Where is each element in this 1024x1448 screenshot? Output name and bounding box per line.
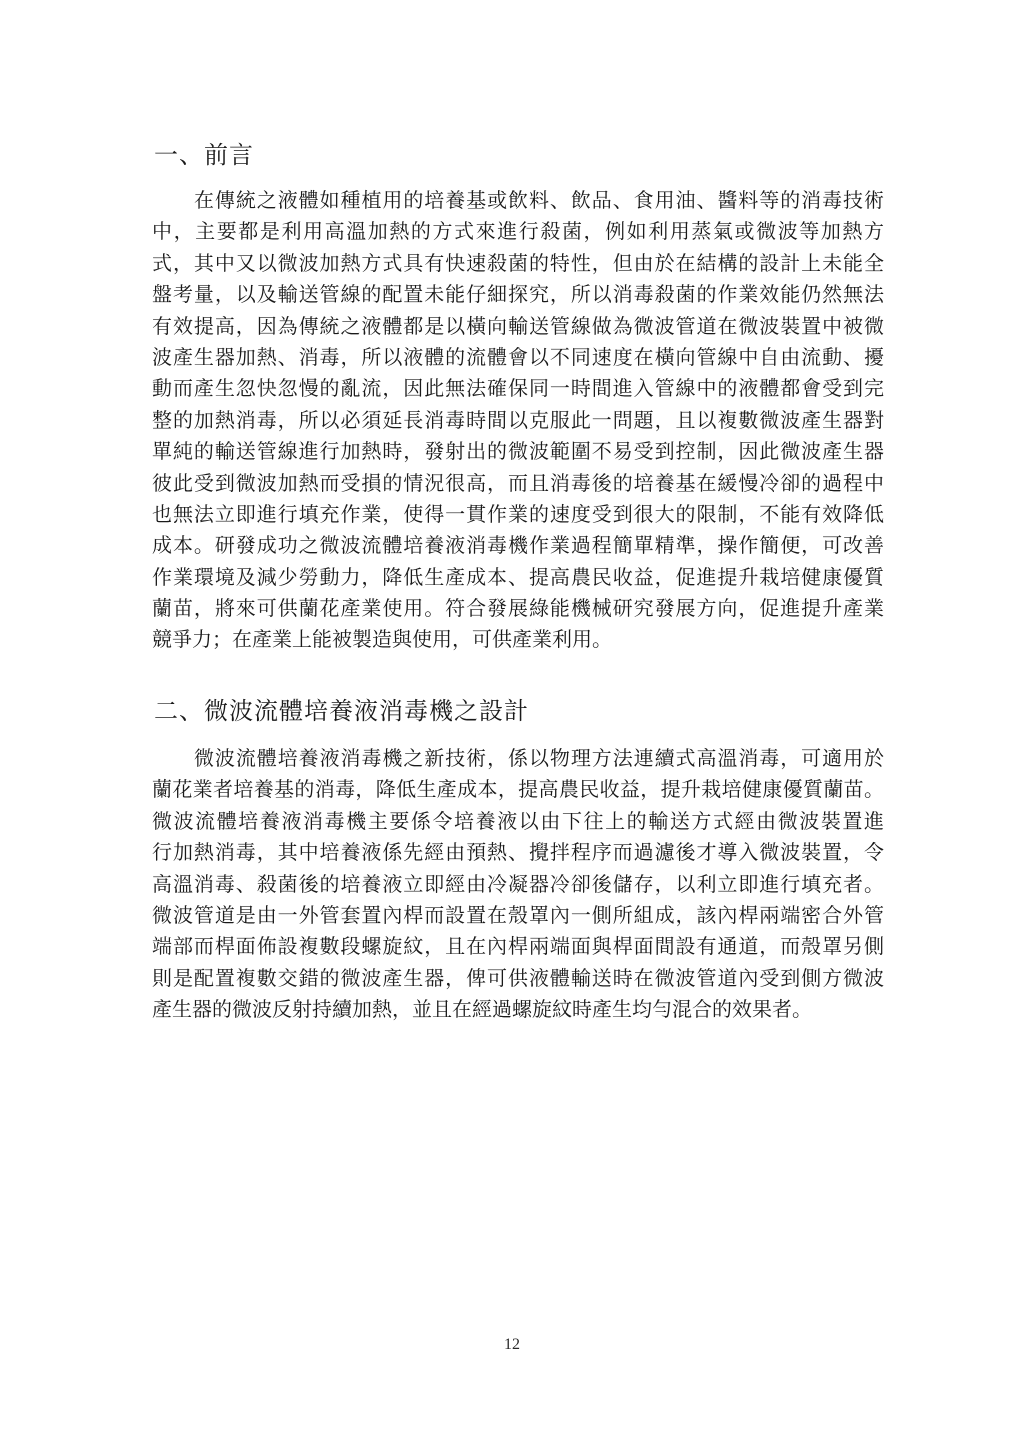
text-line: 動而產生忽快忽慢的亂流，因此無法確保同一時間進入管線中的液體都會受到完: [152, 374, 884, 405]
section-heading-preface: 一、前言: [154, 139, 254, 173]
text-line: 成本。研發成功之微波流體培養液消毒機作業過程簡單精準，操作簡便，可改善: [152, 531, 884, 562]
text-line: 式，其中又以微波加熱方式具有快速殺菌的特性，但由於在結構的設計上未能全: [152, 249, 884, 280]
text-line: 高溫消毒、殺菌後的培養液立即經由冷凝器冷卻後儲存，以利立即進行填充者。: [152, 870, 884, 901]
text-line: 彼此受到微波加熱而受損的情況很高，而且消毒後的培養基在緩慢冷卻的過程中: [152, 469, 884, 500]
text-line: 競爭力；在產業上能被製造與使用，可供產業利用。: [152, 625, 884, 656]
text-line: 也無法立即進行填充作業，使得一貫作業的速度受到很大的限制，不能有效降低: [152, 500, 884, 531]
section-paragraph-preface: 在傳統之液體如種植用的培養基或飲料、飲品、食用油、醬料等的消毒技術中，主要都是利…: [152, 186, 884, 657]
text-line: 微波流體培養液消毒機之新技術，係以物理方法連續式高溫消毒，可適用於: [152, 744, 884, 775]
text-line: 則是配置複數交錯的微波產生器，俾可供液體輸送時在微波管道內受到側方微波: [152, 964, 884, 995]
text-line: 作業環境及減少勞動力，降低生產成本、提高農民收益，促進提升栽培健康優質: [152, 563, 884, 594]
text-line: 微波流體培養液消毒機主要係令培養液以由下往上的輸送方式經由微波裝置進: [152, 807, 884, 838]
text-line: 端部而桿面佈設複數段螺旋紋，且在內桿兩端面與桿面間設有通道，而殼罩另側: [152, 932, 884, 963]
text-line: 整的加熱消毒，所以必須延長消毒時間以克服此一問題，且以複數微波產生器對: [152, 406, 884, 437]
section-heading-design: 二、微波流體培養液消毒機之設計: [154, 695, 529, 729]
text-line: 單純的輸送管線進行加熱時，發射出的微波範圍不易受到控制，因此微波產生器: [152, 437, 884, 468]
text-line: 有效提高，因為傳統之液體都是以橫向輸送管線做為微波管道在微波裝置中被微: [152, 312, 884, 343]
text-line: 蘭苗，將來可供蘭花產業使用。符合發展綠能機械研究發展方向，促進提升產業: [152, 594, 884, 625]
text-line: 中，主要都是利用高溫加熱的方式來進行殺菌，例如利用蒸氣或微波等加熱方: [152, 217, 884, 248]
text-line: 產生器的微波反射持續加熱，並且在經過螺旋紋時產生均勻混合的效果者。: [152, 995, 884, 1026]
text-line: 波產生器加熱、消毒，所以液體的流體會以不同速度在橫向管線中自由流動、擾: [152, 343, 884, 374]
text-line: 微波管道是由一外管套置內桿而設置在殼罩內一側所組成，該內桿兩端密合外管: [152, 901, 884, 932]
text-line: 行加熱消毒，其中培養液係先經由預熱、攪拌程序而過濾後才導入微波裝置，令: [152, 838, 884, 869]
page-number: 12: [0, 1334, 1024, 1356]
section-paragraph-design: 微波流體培養液消毒機之新技術，係以物理方法連續式高溫消毒，可適用於蘭花業者培養基…: [152, 744, 884, 1027]
text-line: 在傳統之液體如種植用的培養基或飲料、飲品、食用油、醬料等的消毒技術: [152, 186, 884, 217]
document-page: 一、前言 在傳統之液體如種植用的培養基或飲料、飲品、食用油、醬料等的消毒技術中，…: [0, 0, 1024, 1448]
text-line: 蘭花業者培養基的消毒，降低生產成本，提高農民收益，提升栽培健康優質蘭苗。: [152, 775, 884, 806]
text-line: 盤考量，以及輸送管線的配置未能仔細探究，所以消毒殺菌的作業效能仍然無法: [152, 280, 884, 311]
